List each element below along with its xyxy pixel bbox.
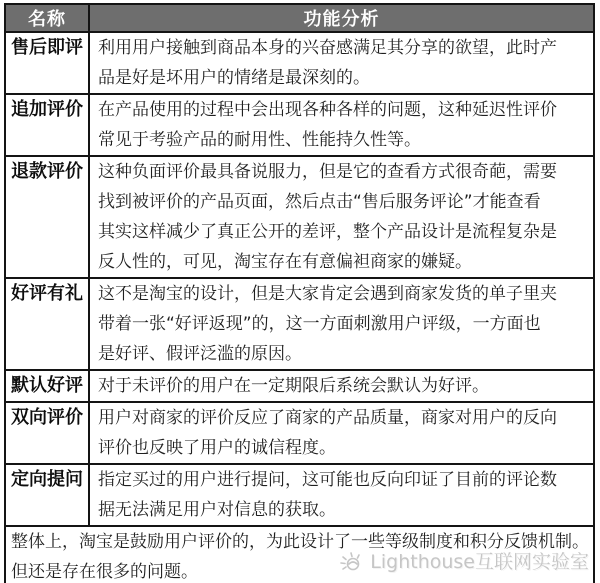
row-analysis: 对于未评价的用户在一定期限后系统会默认为好评。 (89, 370, 594, 402)
table-row: 定向提问 指定买过的用户进行提问，这可能也反向印证了目前的评论数 据无法满足用户… (5, 464, 594, 526)
table-row: 默认好评 对于未评价的用户在一定期限后系统会默认为好评。 (5, 370, 594, 402)
table-header-row: 名称 功能分析 (5, 4, 594, 32)
table-row: 好评有礼 这不是淘宝的设计，但是大家肯定会遇到商家发货的单子里夹 带着一张“好评… (5, 278, 594, 370)
row-analysis: 利用用户接触到商品本身的兴奋感满足其分享的欲望，此时产 品是好是坏用户的情绪是最… (89, 32, 594, 94)
row-name: 定向提问 (5, 464, 89, 526)
row-analysis: 指定买过的用户进行提问，这可能也反向印证了目前的评论数 据无法满足用户对信息的获… (89, 464, 594, 526)
header-name-column: 名称 (5, 4, 89, 32)
table-footer-row: 整体上，淘宝是鼓励用户评价的，为此设计了一些等级制度和积分反馈机制。 但还是存在… (5, 526, 594, 583)
table-row: 追加评价 在产品使用的过程中会出现各种各样的问题，这种延迟性评价 常见于考验产品… (5, 94, 594, 156)
row-name: 追加评价 (5, 94, 89, 156)
header-analysis-column: 功能分析 (89, 4, 594, 32)
row-analysis: 用户对商家的评价反应了商家的产品质量，商家对用户的反向 评价也反映了用户的诚信程… (89, 402, 594, 464)
row-name: 双向评价 (5, 402, 89, 464)
row-name: 好评有礼 (5, 278, 89, 370)
analysis-table: 名称 功能分析 售后即评 利用用户接触到商品本身的兴奋感满足其分享的欲望，此时产… (4, 3, 595, 583)
table-row: 双向评价 用户对商家的评价反应了商家的产品质量，商家对用户的反向 评价也反映了用… (5, 402, 594, 464)
page: 名称 功能分析 售后即评 利用用户接触到商品本身的兴奋感满足其分享的欲望，此时产… (4, 3, 595, 577)
row-analysis: 这不是淘宝的设计，但是大家肯定会遇到商家发货的单子里夹 带着一张“好评返现”的，… (89, 278, 594, 370)
row-analysis: 在产品使用的过程中会出现各种各样的问题，这种延迟性评价 常见于考验产品的耐用性、… (89, 94, 594, 156)
row-name: 售后即评 (5, 32, 89, 94)
row-analysis: 这种负面评价最具备说服力，但是它的查看方式很奇葩，需要 找到被评价的产品页面，然… (89, 156, 594, 278)
table-row: 售后即评 利用用户接触到商品本身的兴奋感满足其分享的欲望，此时产 品是好是坏用户… (5, 32, 594, 94)
table-footer-note: 整体上，淘宝是鼓励用户评价的，为此设计了一些等级制度和积分反馈机制。 但还是存在… (5, 526, 594, 583)
table-row: 退款评价 这种负面评价最具备说服力，但是它的查看方式很奇葩，需要 找到被评价的产… (5, 156, 594, 278)
row-name: 默认好评 (5, 370, 89, 402)
row-name: 退款评价 (5, 156, 89, 278)
